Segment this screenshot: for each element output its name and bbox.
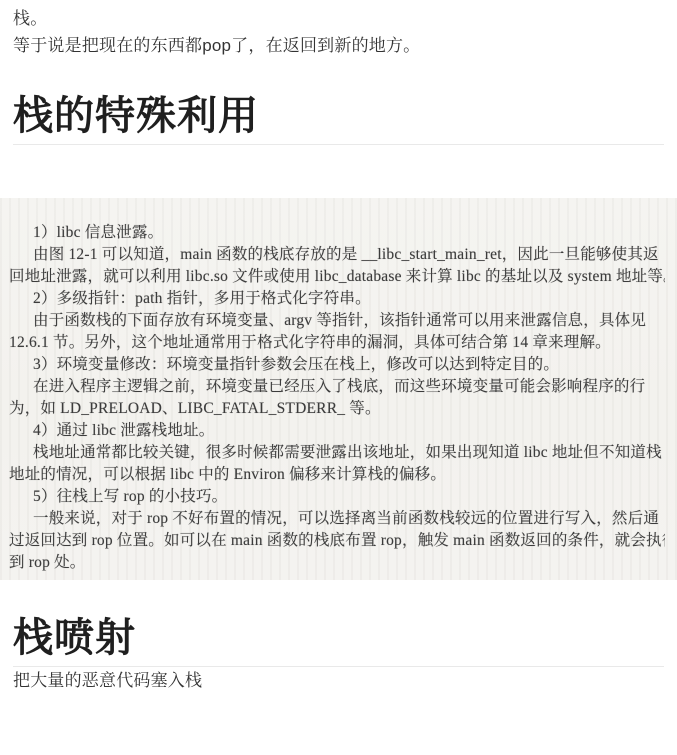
scan-text-block: 1）libc 信息泄露。 由图 12-1 可以知道，main 函数的栈底存放的是…	[0, 198, 677, 574]
paragraph-pop-explanation: 等于说是把现在的东西都pop了，在返回到新的地方。	[13, 32, 664, 59]
paragraph-stack-spray-note: 把大量的恶意代码塞入栈	[13, 667, 664, 694]
scan-text-line: 回地址泄露，就可以利用 libc.so 文件或使用 libc_database …	[9, 266, 665, 288]
scan-text-line: 5）往栈上写 rop 的小技巧。	[9, 486, 665, 508]
scan-text-line: 2）多级指针：path 指针，多用于格式化字符串。	[9, 288, 665, 310]
page: { "colors": { "page_background": "#fffff…	[0, 0, 677, 755]
scan-text-line: 由于函数栈的下面存放有环境变量、argv 等指针，该指针通常可以用来泄露信息，具…	[9, 310, 665, 332]
scan-text-line: 1）libc 信息泄露。	[9, 222, 665, 244]
scan-text-line: 栈地址通常都比较关键，很多时候都需要泄露出该地址，如果出现知道 libc 地址但…	[9, 442, 665, 464]
scan-text-line: 4）通过 libc 泄露栈地址。	[9, 420, 665, 442]
paragraph-stack-note: 栈。	[13, 5, 664, 32]
scan-text-line: 过返回达到 rop 位置。如可以在 main 函数的栈底布置 rop，触发 ma…	[9, 530, 665, 552]
scan-text-line: 一般来说，对于 rop 不好布置的情况，可以选择离当前函数栈较远的位置进行写入，…	[9, 508, 665, 530]
scan-text-line: 3）环境变量修改：环境变量指针参数会压在栈上，修改可以达到特定目的。	[9, 354, 665, 376]
heading-stack-spray: 栈喷射	[13, 612, 664, 667]
scan-text-line: 在进入程序主逻辑之前，环境变量已经压入了栈底，而这些环境变量可能会影响程序的行	[9, 376, 665, 398]
document-body: 栈。 等于说是把现在的东西都pop了，在返回到新的地方。 栈的特殊利用 1）li…	[0, 0, 677, 694]
scan-text-line: 12.6.1 节。另外，这个地址通常用于格式化字符串的漏洞，具体可结合第 14 …	[9, 332, 665, 354]
scan-text-line: 为，如 LD_PRELOAD、LIBC_FATAL_STDERR_ 等。	[9, 398, 665, 420]
scan-text-line: 由图 12-1 可以知道，main 函数的栈底存放的是 __libc_start…	[9, 244, 665, 266]
scan-text-line: 地址的情况，可以根据 libc 中的 Environ 偏移来计算栈的偏移。	[9, 464, 665, 486]
book-scan-image: 1）libc 信息泄露。 由图 12-1 可以知道，main 函数的栈底存放的是…	[0, 198, 677, 580]
heading-stack-special-usage: 栈的特殊利用	[13, 90, 664, 145]
scan-text-line: 到 rop 处。	[9, 552, 665, 574]
